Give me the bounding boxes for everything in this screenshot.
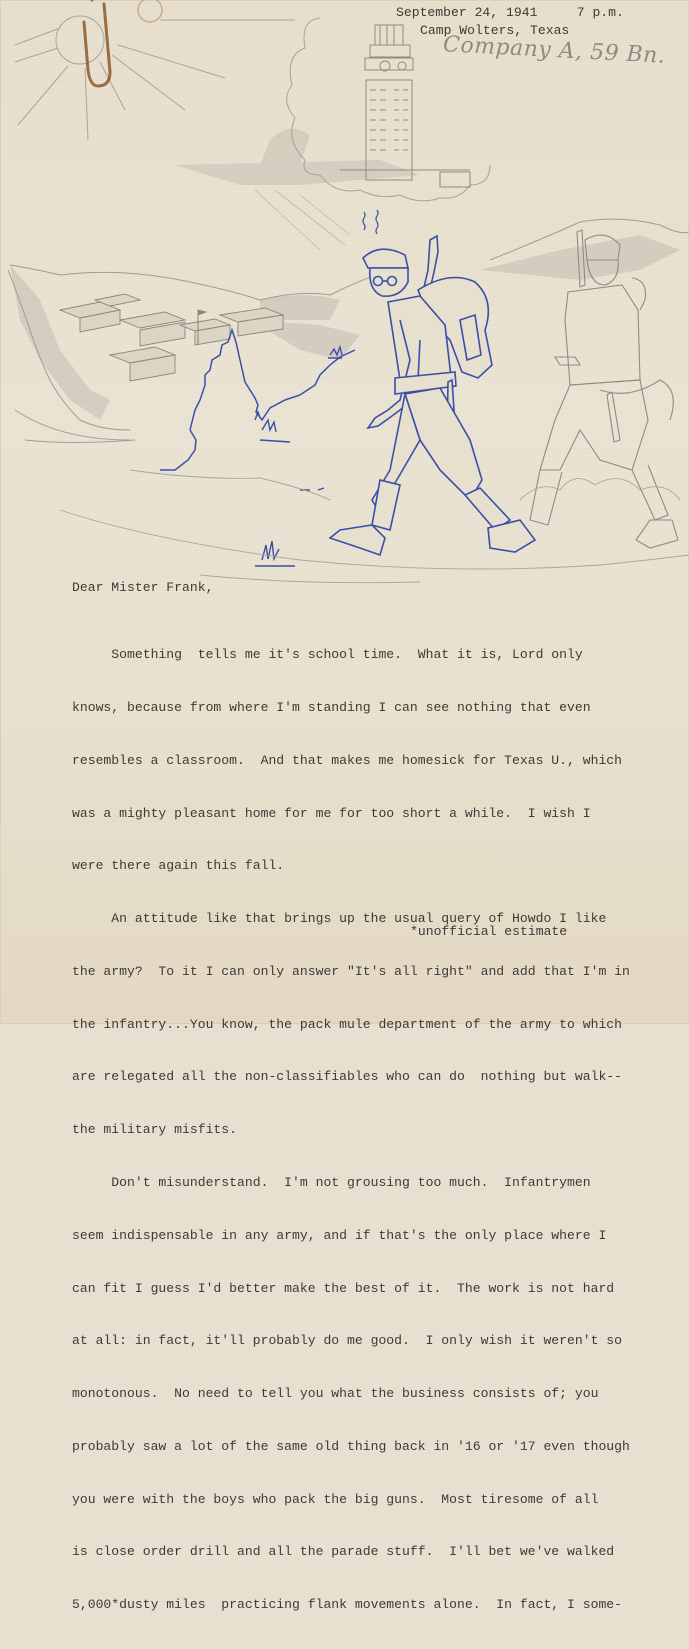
body-line: the infantry...You know, the pack mule d… <box>72 1016 630 1024</box>
smiling-soldier <box>530 230 678 548</box>
body-line: were there again this fall. <box>72 857 630 875</box>
worry-marks-icon <box>363 210 378 234</box>
body-line: knows, because from where I'm standing I… <box>72 699 630 717</box>
footnote: *unofficial estimate <box>410 923 567 941</box>
barracks <box>60 294 283 381</box>
letter-body: Something tells me it's school time. Wha… <box>72 611 630 1024</box>
body-line: the army? To it I can only answer "It's … <box>72 963 630 981</box>
cloud-shading <box>175 129 420 185</box>
body-line: was a mighty pleasant home for me for to… <box>72 805 630 823</box>
walking-soldier <box>330 236 535 555</box>
body-line: resembles a classroom. And that makes me… <box>72 752 630 770</box>
letter-page: September 24, 1941 7 p.m. Camp Wolters, … <box>0 0 689 1024</box>
salutation: Dear Mister Frank, <box>72 579 213 597</box>
shrub-icon <box>255 347 342 566</box>
stain-ring <box>138 0 162 22</box>
hill-shading <box>10 235 680 420</box>
body-line: Something tells me it's school time. Wha… <box>72 646 630 664</box>
sun-icon <box>15 16 295 140</box>
letter-date: September 24, 1941 7 p.m. <box>396 4 624 22</box>
